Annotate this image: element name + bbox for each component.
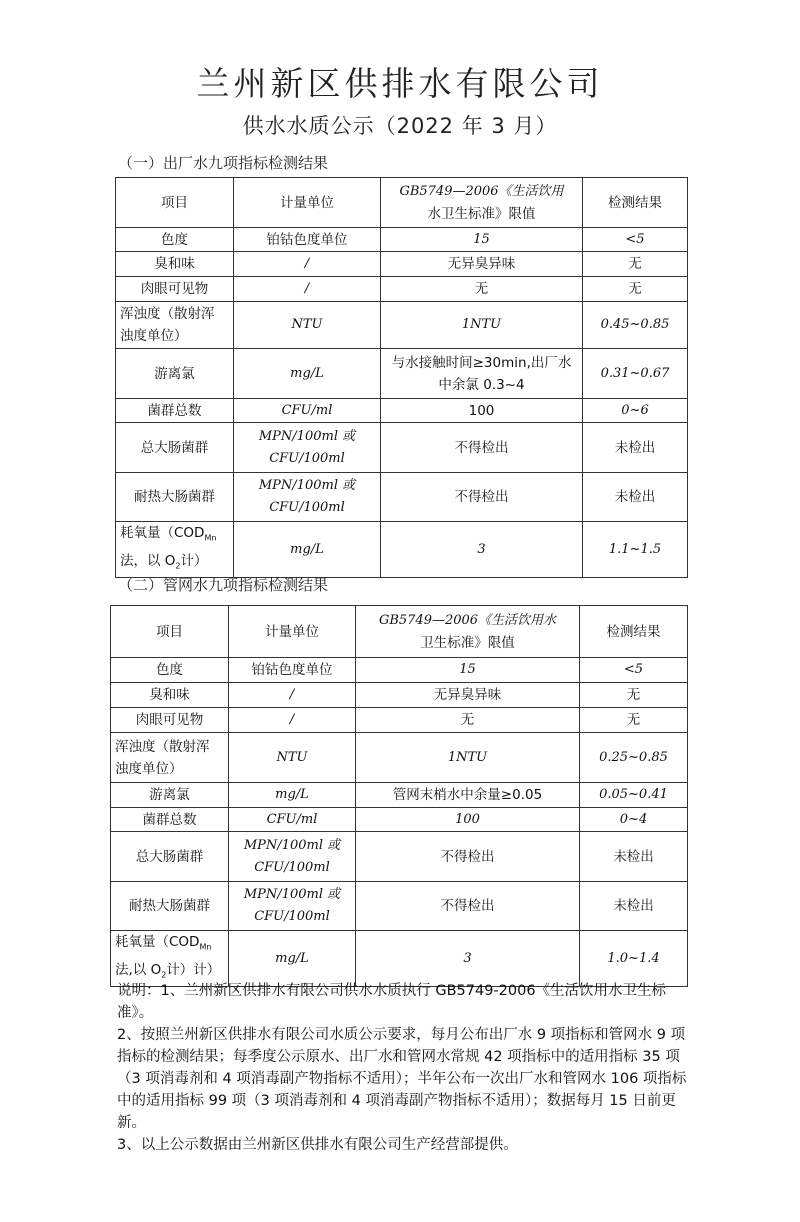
table-row: 肉眼可见物 / 无 无 [116, 277, 688, 302]
cell-item: 肉眼可见物 [111, 708, 229, 733]
cell-item: 耐热大肠菌群 [111, 882, 229, 931]
notes-section: 说明：1、兰州新区供排水有限公司供水水质执行 GB5749-2006《生活饮用水… [117, 980, 697, 1156]
cell-limit: 无 [356, 708, 580, 733]
cell-result: 未检出 [580, 882, 688, 931]
cell-item: 色度 [116, 228, 234, 252]
cell-unit: 铂钴色度单位 [229, 658, 356, 683]
unit-line-1: MPN/100ml 或 [259, 429, 355, 444]
col-header-result: 检测结果 [580, 606, 688, 658]
cell-limit: 不得检出 [356, 882, 580, 931]
cell-item: 浑浊度（散射浑浊度单位） [111, 733, 229, 783]
cell-unit: 铂钴色度单位 [234, 228, 381, 252]
item-line-1: 耗氧量（COD [120, 525, 204, 541]
cell-limit: 1NTU [356, 733, 580, 783]
cell-limit: 100 [356, 808, 580, 832]
unit-line-1: MPN/100ml 或 [244, 838, 340, 853]
limit-header-line-1: GB5749—2006《生活饮用 [399, 184, 563, 199]
cell-unit: CFU/ml [229, 808, 356, 832]
cell-unit: / [234, 277, 381, 302]
col-header-limit: GB5749—2006《生活饮用水卫生标准》限值 [356, 606, 580, 658]
unit-line-1: MPN/100ml 或 [244, 887, 340, 902]
unit-line-1: MPN/100ml 或 [259, 478, 355, 493]
col-header-item: 项目 [116, 178, 234, 228]
item-line-2: 法,以 O [115, 962, 161, 978]
cell-result: 0.25~0.85 [580, 733, 688, 783]
item-line-2: 浊度单位） [115, 761, 183, 777]
note-1: 说明：1、兰州新区供排水有限公司供水水质执行 GB5749-2006《生活饮用水… [117, 980, 697, 1024]
cell-item: 色度 [111, 658, 229, 683]
table-row: 肉眼可见物 / 无 无 [111, 708, 688, 733]
limit-header-line-2: 水卫生标准》限值 [428, 206, 536, 222]
subscript: Mn [199, 943, 211, 952]
cell-result: 未检出 [583, 473, 688, 522]
cell-unit: MPN/100ml 或CFU/100ml [229, 832, 356, 882]
cell-item: 耗氧量（CODMn法，以 O2计） [116, 522, 234, 578]
item-line-1: 耗氧量（COD [115, 934, 199, 950]
cell-item: 菌群总数 [111, 808, 229, 832]
table-row: 总大肠菌群 MPN/100ml 或CFU/100ml 不得检出 未检出 [111, 832, 688, 882]
col-header-result: 检测结果 [583, 178, 688, 228]
cell-unit: / [234, 252, 381, 277]
cell-item: 耐热大肠菌群 [116, 473, 234, 522]
cell-item: 总大肠菌群 [111, 832, 229, 882]
cell-unit: / [229, 708, 356, 733]
table-row: 臭和味 / 无异臭异味 无 [116, 252, 688, 277]
limit-line-1: 与水接触时间≥30min,出厂水 [392, 355, 572, 371]
cell-limit: 不得检出 [381, 473, 583, 522]
item-line-1: 浑浊度（散射浑 [115, 739, 210, 755]
table-row: 浑浊度（散射浑浊度单位） NTU 1NTU 0.25~0.85 [111, 733, 688, 783]
item-line-2-end: 计） [181, 553, 208, 569]
table-row: 游离氯 mg/L 管网末梢水中余量≥0.05 0.05~0.41 [111, 783, 688, 808]
cell-unit: MPN/100ml 或CFU/100ml [234, 423, 381, 473]
table-row: 浑浊度（散射浑浊度单位） NTU 1NTU 0.45~0.85 [116, 302, 688, 349]
pipe-network-water-table: 项目 计量单位 GB5749—2006《生活饮用水卫生标准》限值 检测结果 色度… [110, 605, 688, 987]
cell-item: 臭和味 [111, 683, 229, 708]
cell-item: 浑浊度（散射浑浊度单位） [116, 302, 234, 349]
table-row: 总大肠菌群 MPN/100ml 或CFU/100ml 不得检出 未检出 [116, 423, 688, 473]
col-header-item: 项目 [111, 606, 229, 658]
limit-header-line-1: GB5749—2006《生活饮用水 [379, 613, 556, 628]
cell-unit: CFU/ml [234, 399, 381, 423]
table-row: 耐热大肠菌群 MPN/100ml 或CFU/100ml 不得检出 未检出 [116, 473, 688, 522]
cell-unit: MPN/100ml 或CFU/100ml [234, 473, 381, 522]
subscript: Mn [204, 534, 216, 543]
cell-limit: 3 [381, 522, 583, 578]
unit-line-2: CFU/100ml [254, 860, 330, 875]
cell-limit: 不得检出 [356, 832, 580, 882]
cell-unit: mg/L [234, 349, 381, 399]
cell-item: 耗氧量（CODMn法,以 O2计）计） [111, 931, 229, 987]
cell-limit: 100 [381, 399, 583, 423]
item-line-2: 法，以 O [120, 553, 175, 569]
unit-line-2: CFU/100ml [254, 909, 330, 924]
cell-limit: 无异臭异味 [381, 252, 583, 277]
table-row: 耐热大肠菌群 MPN/100ml 或CFU/100ml 不得检出 未检出 [111, 882, 688, 931]
cell-result: 未检出 [580, 832, 688, 882]
col-header-unit: 计量单位 [234, 178, 381, 228]
table-header-row: 项目 计量单位 GB5749—2006《生活饮用水卫生标准》限值 检测结果 [111, 606, 688, 658]
table-header-row: 项目 计量单位 GB5749—2006《生活饮用水卫生标准》限值 检测结果 [116, 178, 688, 228]
table-row: 耗氧量（CODMn法，以 O2计） mg/L 3 1.1~1.5 [116, 522, 688, 578]
cell-item: 臭和味 [116, 252, 234, 277]
cell-limit: 管网末梢水中余量≥0.05 [356, 783, 580, 808]
limit-line-2: 中余氯 0.3~4 [438, 377, 524, 393]
cell-item: 游离氯 [111, 783, 229, 808]
unit-line-2: CFU/100ml [269, 451, 345, 466]
cell-limit: 3 [356, 931, 580, 987]
cell-unit: mg/L [229, 931, 356, 987]
company-title: 兰州新区供排水有限公司 [0, 58, 800, 105]
cell-result: 0.31~0.67 [583, 349, 688, 399]
table-row: 臭和味 / 无异臭异味 无 [111, 683, 688, 708]
cell-result: 0~4 [580, 808, 688, 832]
cell-limit: 15 [356, 658, 580, 683]
col-header-unit: 计量单位 [229, 606, 356, 658]
cell-item: 总大肠菌群 [116, 423, 234, 473]
cell-limit: 不得检出 [381, 423, 583, 473]
cell-result: 无 [583, 277, 688, 302]
cell-limit: 1NTU [381, 302, 583, 349]
factory-water-table: 项目 计量单位 GB5749—2006《生活饮用水卫生标准》限值 检测结果 色度… [115, 177, 688, 578]
table-row: 菌群总数 CFU/ml 100 0~4 [111, 808, 688, 832]
cell-result: 0.05~0.41 [580, 783, 688, 808]
cell-result: 无 [580, 708, 688, 733]
table-row: 色度 铂钴色度单位 15 <5 [111, 658, 688, 683]
table-row: 游离氯 mg/L 与水接触时间≥30min,出厂水中余氯 0.3~4 0.31~… [116, 349, 688, 399]
cell-result: <5 [580, 658, 688, 683]
item-line-1: 浑浊度（散射浑 [120, 306, 215, 322]
cell-unit: MPN/100ml 或CFU/100ml [229, 882, 356, 931]
item-line-2: 浊度单位） [120, 328, 188, 344]
page-subtitle: 供水水质公示（2022 年 3 月） [0, 110, 800, 140]
limit-header-line-2: 卫生标准》限值 [420, 635, 515, 651]
cell-result: <5 [583, 228, 688, 252]
note-2: 2、按照兰州新区供排水有限公司水质公示要求，每月公布出厂水 9 项指标和管网水 … [117, 1024, 697, 1134]
cell-limit: 与水接触时间≥30min,出厂水中余氯 0.3~4 [381, 349, 583, 399]
item-line-2-end: 计）计） [166, 962, 220, 978]
note-3: 3、以上公示数据由兰州新区供排水有限公司生产经营部提供。 [117, 1134, 697, 1156]
unit-line-2: CFU/100ml [269, 500, 345, 515]
cell-limit: 15 [381, 228, 583, 252]
cell-result: 1.1~1.5 [583, 522, 688, 578]
cell-item: 肉眼可见物 [116, 277, 234, 302]
cell-unit: mg/L [234, 522, 381, 578]
cell-item: 菌群总数 [116, 399, 234, 423]
cell-result: 1.0~1.4 [580, 931, 688, 987]
cell-result: 0~6 [583, 399, 688, 423]
col-header-limit: GB5749—2006《生活饮用水卫生标准》限值 [381, 178, 583, 228]
table-row: 色度 铂钴色度单位 15 <5 [116, 228, 688, 252]
table-row: 耗氧量（CODMn法,以 O2计）计） mg/L 3 1.0~1.4 [111, 931, 688, 987]
section-label-factory-water: （一）出厂水九项指标检测结果 [118, 152, 328, 173]
cell-result: 无 [580, 683, 688, 708]
cell-unit: NTU [234, 302, 381, 349]
section-label-pipe-network-water: （二）管网水九项指标检测结果 [118, 574, 328, 595]
cell-unit: NTU [229, 733, 356, 783]
cell-item: 游离氯 [116, 349, 234, 399]
cell-result: 0.45~0.85 [583, 302, 688, 349]
table-row: 菌群总数 CFU/ml 100 0~6 [116, 399, 688, 423]
cell-result: 无 [583, 252, 688, 277]
cell-unit: mg/L [229, 783, 356, 808]
cell-limit: 无异臭异味 [356, 683, 580, 708]
cell-unit: / [229, 683, 356, 708]
cell-limit: 无 [381, 277, 583, 302]
cell-result: 未检出 [583, 423, 688, 473]
